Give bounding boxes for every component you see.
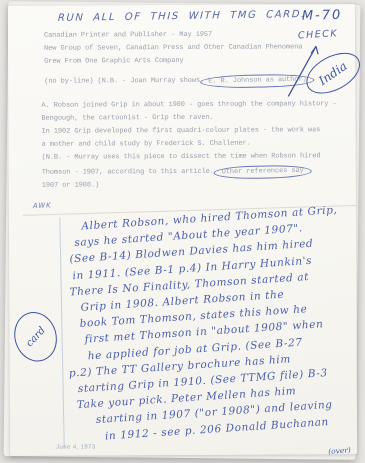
- typed-paragraph-line: Bengough, the cartoonist - Grip the rave…: [41, 114, 213, 123]
- card-note: card: [24, 325, 48, 349]
- typed-header-line: New Group of Seven, Canadian Press and O…: [44, 43, 302, 52]
- dates-prefix: Thomson - 1907, according to this articl…: [42, 168, 218, 177]
- margin-rule-line: [59, 218, 65, 449]
- india-note: India: [316, 59, 350, 88]
- scanned-document: RUN ALL OF THIS WITH TMG CARD. M-70 CHEC…: [0, 0, 365, 463]
- date-stamp: June 4, 1973: [56, 444, 96, 450]
- over-note: (over): [328, 445, 351, 456]
- references-circle-annotation: Other references say: [214, 165, 312, 180]
- typed-header-line: Canadian Printer and Publisher - May 195…: [44, 31, 212, 40]
- awk-note: AWK: [33, 201, 52, 210]
- typed-paragraph-line: a mother and child study by Frederick S.…: [42, 140, 251, 149]
- handwritten-heading: RUN ALL OF THIS WITH TMG CARD.: [58, 9, 299, 24]
- paper-sheet: RUN ALL OF THIS WITH TMG CARD. M-70 CHEC…: [8, 4, 357, 456]
- typed-paragraph-line: (N.B. - Murray uses this piece to dissec…: [42, 152, 321, 161]
- corner-code: M-70: [302, 8, 343, 24]
- typed-header-line: Grew From One Graphic Arts Company: [44, 57, 183, 66]
- typed-closing-line: 1907 or 1908.): [42, 181, 99, 189]
- typed-dates-line: Thomson - 1907, according to this articl…: [42, 165, 312, 179]
- typed-paragraph-line: In 1902 Grip developed the first quadri-…: [41, 126, 320, 135]
- typed-paragraph-line: A. Robson joined Grip in about 1900 - go…: [41, 100, 336, 110]
- card-circle-annotation: card: [8, 307, 62, 367]
- handwritten-note: Albert Robson, who hired Thomson at Grip…: [65, 200, 365, 446]
- byline-prefix: (no by-line) (N.B. - Joan Murray shows: [44, 77, 204, 86]
